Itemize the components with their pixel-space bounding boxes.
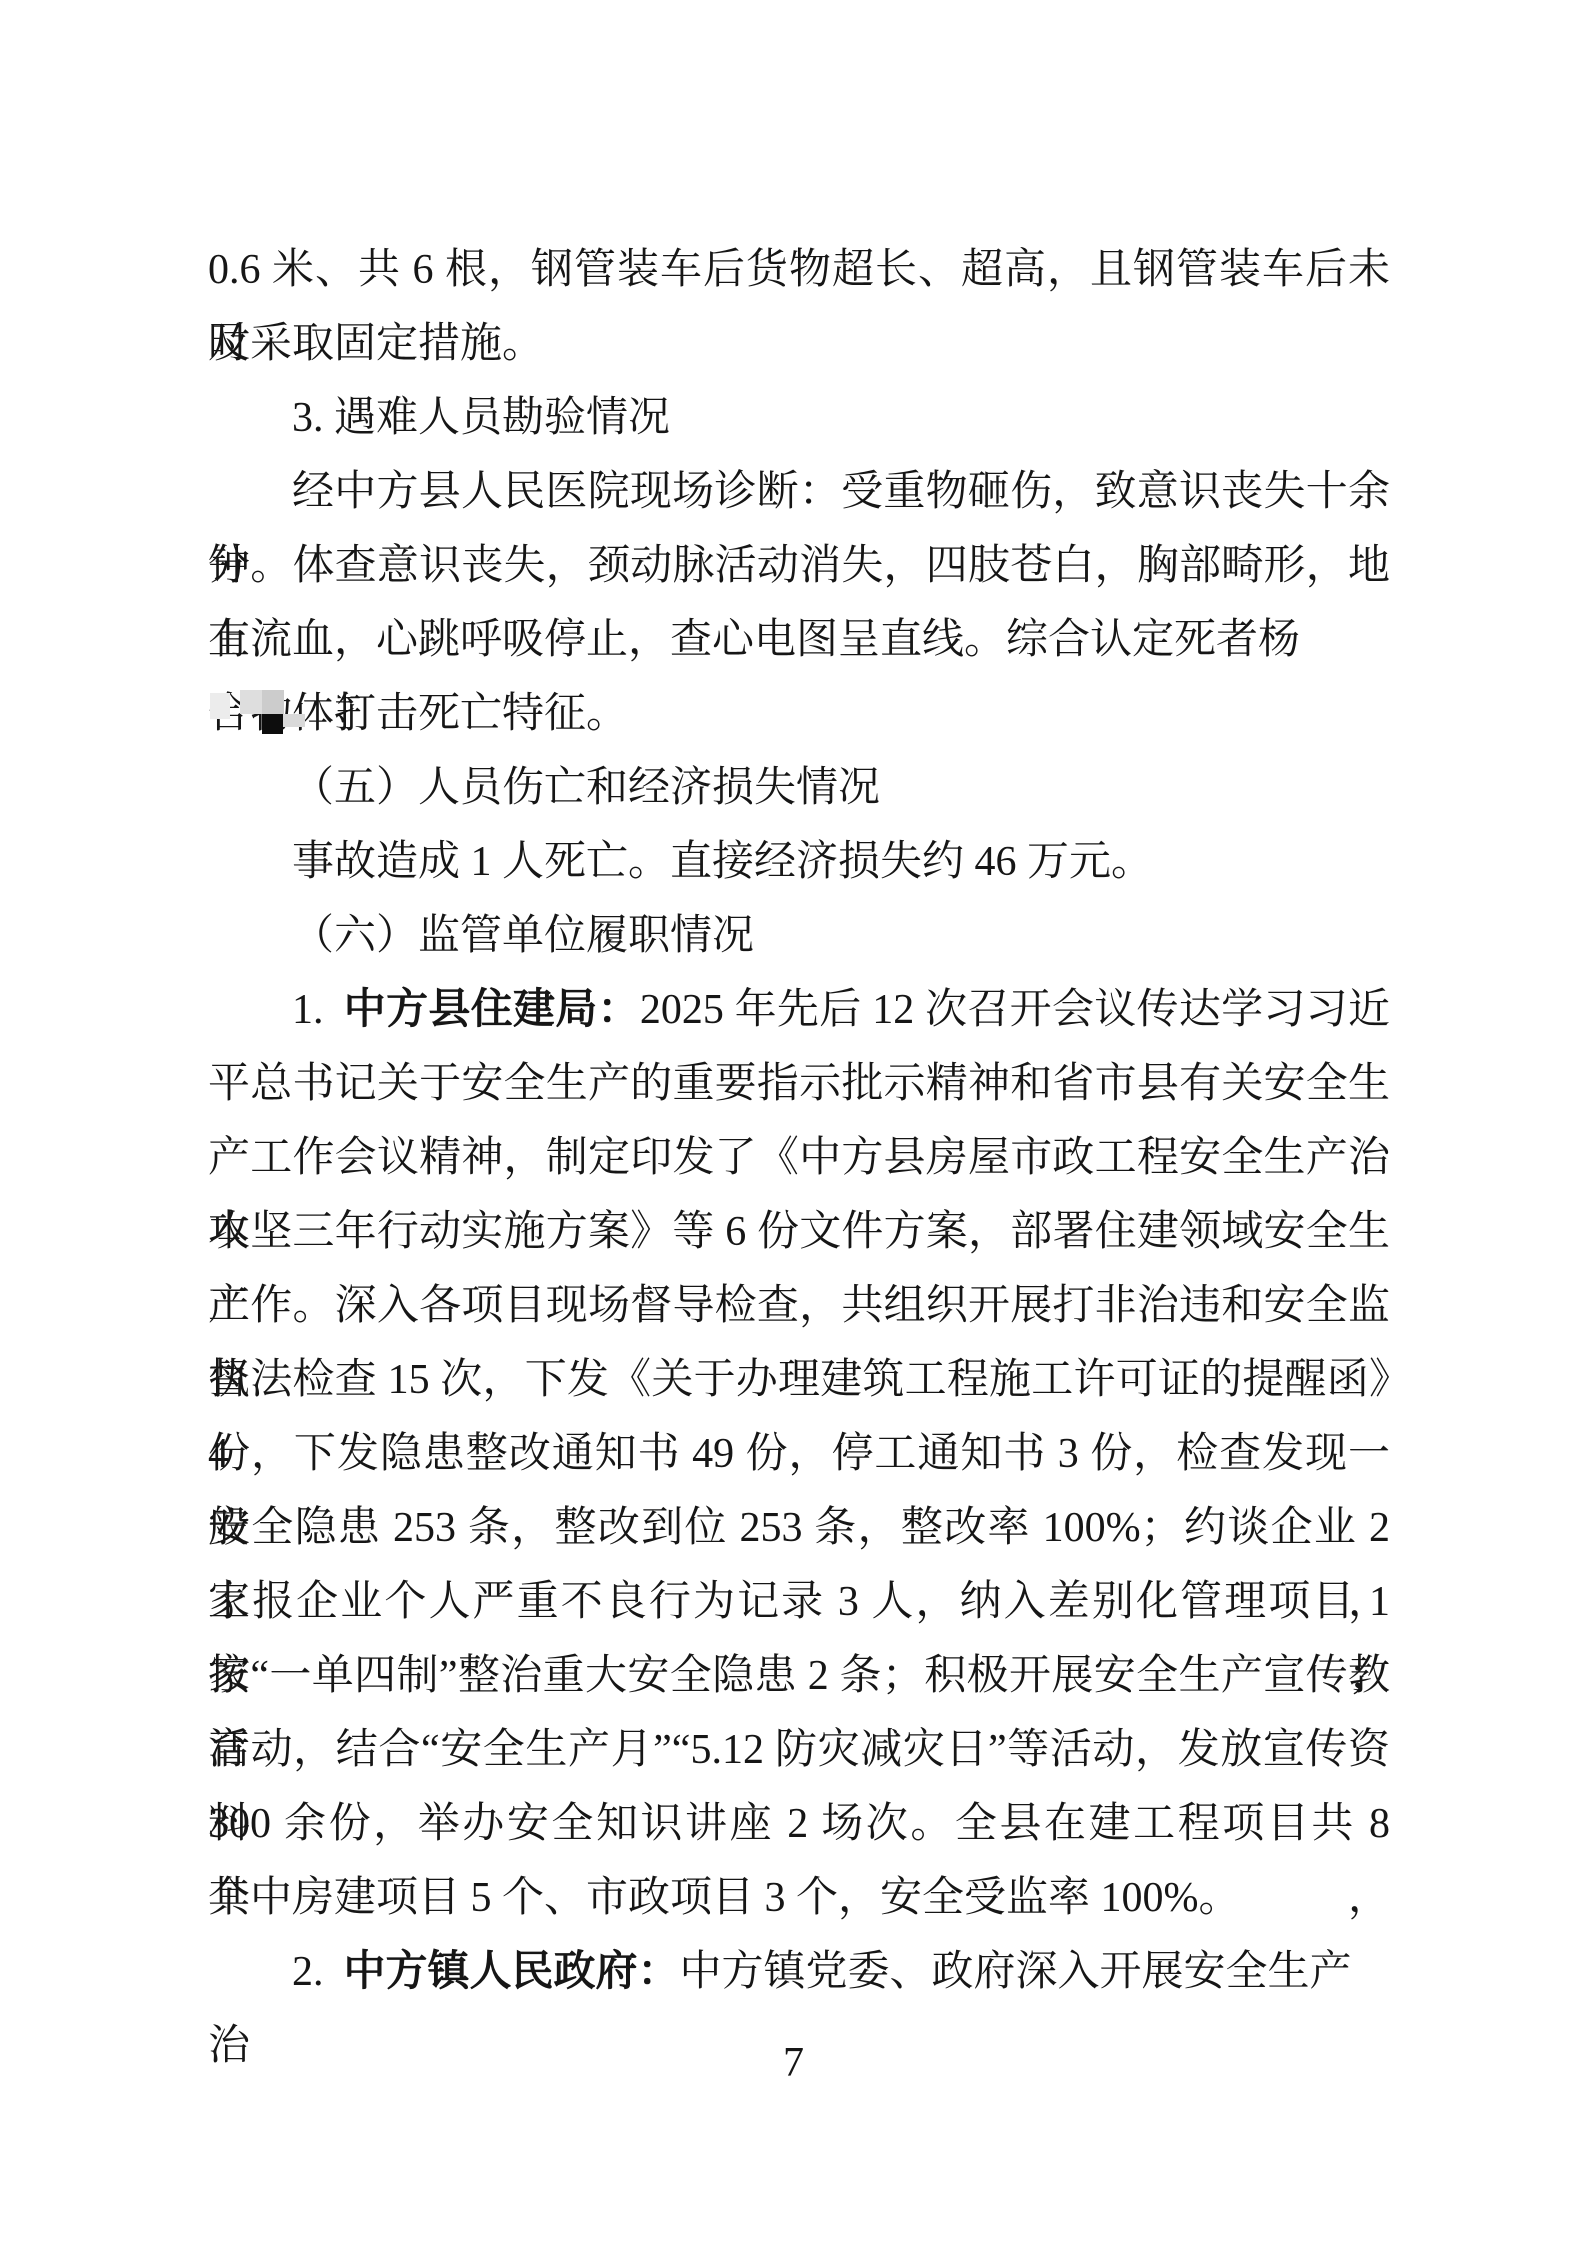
text-line: 时采取固定措施。 bbox=[208, 307, 1390, 381]
text-line: 经中方县人民医院现场诊断：受重物砸伤，致意识丧失十余分 bbox=[208, 455, 1390, 529]
list-number: 1. bbox=[292, 987, 324, 1033]
section-heading-5: （五）人员伤亡和经济损失情况 bbox=[208, 751, 1390, 825]
section-heading-3: 3. 遇难人员勘验情况 bbox=[208, 381, 1390, 455]
document-page: 0.6 米、共 6 根，钢管装车后货物超长、超高，且钢管装车后未及 时采取固定措… bbox=[0, 0, 1587, 2245]
redacted-name-mosaic bbox=[208, 687, 316, 735]
mosaic-cell bbox=[262, 690, 284, 714]
text-line: 攻坚三年行动实施方案》等 6 份文件方案，部署住建领域安全生产 bbox=[208, 1195, 1390, 1269]
mosaic-cell bbox=[210, 693, 230, 719]
list-item-1-line: 1.中方县住建局：2025 年先后 12 次召开会议传达学习习近 bbox=[208, 973, 1390, 1047]
document-body: 0.6 米、共 6 根，钢管装车后货物超长、超高，且钢管装车后未及 时采取固定措… bbox=[208, 233, 1390, 2009]
mosaic-cell bbox=[283, 714, 305, 727]
text-line: 安全隐患 253 条，整改到位 253 条，整改率 100%；约谈企业 2 家， bbox=[208, 1491, 1390, 1565]
section-heading-6: （六）监管单位履职情况 bbox=[208, 899, 1390, 973]
text-line: 执法检查 15 次，下发《关于办理建筑工程施工许可证的提醒函》4 bbox=[208, 1343, 1390, 1417]
org-name: 中方县住建局： bbox=[344, 987, 640, 1033]
mosaic-cell bbox=[240, 690, 262, 714]
text-line: 0.6 米、共 6 根，钢管装车后货物超长、超高，且钢管装车后未及 bbox=[208, 233, 1390, 307]
list-item-2-line: 2.中方镇人民政府：中方镇党委、政府深入开展安全生产治 bbox=[208, 1935, 1390, 2009]
text-line: 事故造成 1 人死亡。直接经济损失约 46 万元。 bbox=[208, 825, 1390, 899]
text-line: 钟。体查意识丧失，颈动脉活动消失，四肢苍白，胸部畸形，地上 bbox=[208, 529, 1390, 603]
text-line: 工作。深入各项目现场督导检查，共组织开展打非治违和安全监督 bbox=[208, 1269, 1390, 1343]
text-line: 300 余份，举办安全知识讲座 2 场次。全县在建工程项目共 8 个， bbox=[208, 1787, 1390, 1861]
text-line: 产工作会议精神，制定印发了《中方县房屋市政工程安全生产治本 bbox=[208, 1121, 1390, 1195]
page-number: 7 bbox=[0, 2026, 1587, 2100]
list-number: 2. bbox=[292, 1949, 324, 1995]
text-line-with-redaction: 有流血，心跳呼吸停止，查心电图呈直线。综合认定死者杨符 bbox=[208, 603, 1390, 677]
text-before-redaction: 有流血，心跳呼吸停止，查心电图呈直线。综合认定死者杨 bbox=[208, 617, 1300, 663]
mosaic-cell bbox=[262, 714, 283, 734]
text-line: 活动，结合“安全生产月”“5.12 防灾减灾日”等活动，发放宣传资料 bbox=[208, 1713, 1390, 1787]
text-line: 份，下发隐患整改通知书 49 份，停工通知书 3 份，检查发现一般 bbox=[208, 1417, 1390, 1491]
text-line: 其中房建项目 5 个、市政项目 3 个，安全受监率 100%。 bbox=[208, 1861, 1390, 1935]
text-line: 平总书记关于安全生产的重要指示批示精神和省市县有关安全生 bbox=[208, 1047, 1390, 1121]
text-line: 上报企业个人严重不良行为记录 3 人，纳入差别化管理项目 1 家； bbox=[208, 1565, 1390, 1639]
text-line: 按“一单四制”整治重大安全隐患 2 条；积极开展安全生产宣传教育 bbox=[208, 1639, 1390, 1713]
org-name: 中方镇人民政府： bbox=[344, 1949, 680, 1995]
list-item-text: 2025 年先后 12 次召开会议传达学习习近 bbox=[640, 987, 1390, 1033]
text-line: 合物体打击死亡特征。 bbox=[208, 677, 1390, 751]
